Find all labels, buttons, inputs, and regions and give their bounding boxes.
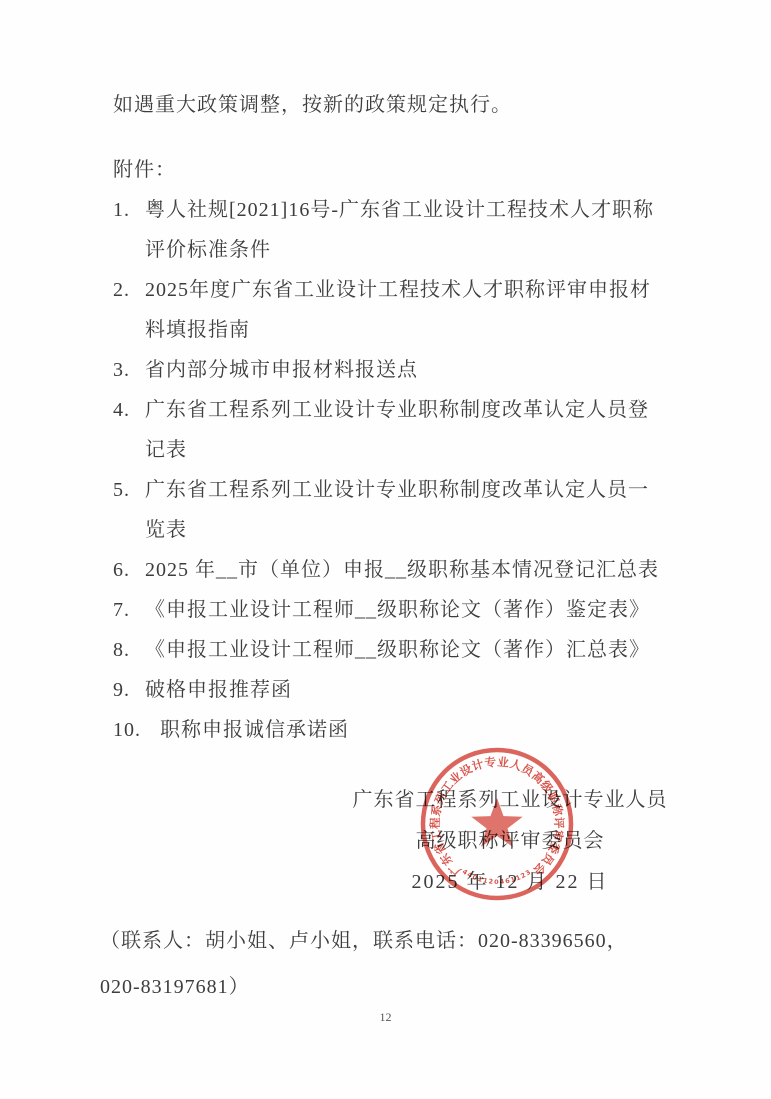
document-page: 如遇重大政策调整，按新的政策规定执行。 附件： 1. 粤人社规[2021]16号… bbox=[0, 0, 771, 1099]
attachment-number: 1. bbox=[113, 190, 145, 230]
attachment-item-1: 1. 粤人社规[2021]16号-广东省工业设计工程技术人才职称评价标准条件 bbox=[113, 190, 661, 270]
attachment-item-10: 10. 职称申报诚信承诺函 bbox=[113, 710, 661, 750]
attachment-text: 破格申报推荐函 bbox=[145, 670, 661, 710]
attachment-item-8: 8. 《申报工业设计工程师__级职称论文（著作）汇总表》 bbox=[113, 630, 661, 670]
attachment-item-4: 4. 广东省工程系列工业设计专业职称制度改革认定人员登记表 bbox=[113, 390, 661, 470]
attachment-text: 《申报工业设计工程师__级职称论文（著作）汇总表》 bbox=[145, 630, 661, 670]
attachment-item-9: 9. 破格申报推荐函 bbox=[113, 670, 661, 710]
attachment-text: 广东省工程系列工业设计专业职称制度改革认定人员登记表 bbox=[145, 390, 661, 470]
contact-line1: （联系人：胡小姐、卢小姐，联系电话：020-83396560， bbox=[100, 918, 680, 964]
attachments-label: 附件： bbox=[113, 150, 176, 190]
attachment-text: 《申报工业设计工程师__级职称论文（著作）鉴定表》 bbox=[145, 590, 661, 630]
contact-info: （联系人：胡小姐、卢小姐，联系电话：020-83396560， 020-8319… bbox=[100, 918, 680, 1010]
attachment-number: 7. bbox=[113, 590, 145, 630]
attachment-number: 9. bbox=[113, 670, 145, 710]
attachment-item-7: 7. 《申报工业设计工程师__级职称论文（著作）鉴定表》 bbox=[113, 590, 661, 630]
page-number: 12 bbox=[0, 1010, 771, 1025]
attachment-item-6: 6. 2025 年__市（单位）申报__级职称基本情况登记汇总表 bbox=[113, 550, 661, 590]
attachment-item-2: 2. 2025年度广东省工业设计工程技术人才职称评审申报材料填报指南 bbox=[113, 270, 661, 350]
policy-note-text: 如遇重大政策调整，按新的政策规定执行。 bbox=[113, 85, 665, 125]
attachment-number: 8. bbox=[113, 630, 145, 670]
attachment-number: 10. bbox=[113, 710, 145, 750]
attachment-text: 2025 年__市（单位）申报__级职称基本情况登记汇总表 bbox=[145, 550, 661, 590]
attachment-number: 6. bbox=[113, 550, 145, 590]
attachment-text: 省内部分城市申报材料报送点 bbox=[145, 350, 661, 390]
signature-block: 广东省工程系列工业设计专业人员 高级职称评审委员会 2025 年 12 月 22… bbox=[345, 780, 675, 903]
issuing-org-line1: 广东省工程系列工业设计专业人员 bbox=[345, 780, 675, 821]
attachment-item-5: 5. 广东省工程系列工业设计专业职称制度改革认定人员一览表 bbox=[113, 470, 661, 550]
attachment-number: 4. bbox=[113, 390, 145, 430]
attachment-number: 3. bbox=[113, 350, 145, 390]
contact-line2: 020-83197681） bbox=[100, 964, 680, 1010]
attachment-number: 5. bbox=[113, 470, 145, 510]
attachment-text: 粤人社规[2021]16号-广东省工业设计工程技术人才职称评价标准条件 bbox=[145, 190, 661, 270]
issue-date: 2025 年 12 月 22 日 bbox=[345, 862, 675, 903]
attachment-item-3: 3. 省内部分城市申报材料报送点 bbox=[113, 350, 661, 390]
attachment-number: 2. bbox=[113, 270, 145, 310]
issuing-org-line2: 高级职称评审委员会 bbox=[345, 821, 675, 862]
attachments-list: 1. 粤人社规[2021]16号-广东省工业设计工程技术人才职称评价标准条件 2… bbox=[113, 190, 661, 750]
attachment-text: 广东省工程系列工业设计专业职称制度改革认定人员一览表 bbox=[145, 470, 661, 550]
attachment-text: 2025年度广东省工业设计工程技术人才职称评审申报材料填报指南 bbox=[145, 270, 661, 350]
attachment-text: 职称申报诚信承诺函 bbox=[160, 710, 661, 750]
